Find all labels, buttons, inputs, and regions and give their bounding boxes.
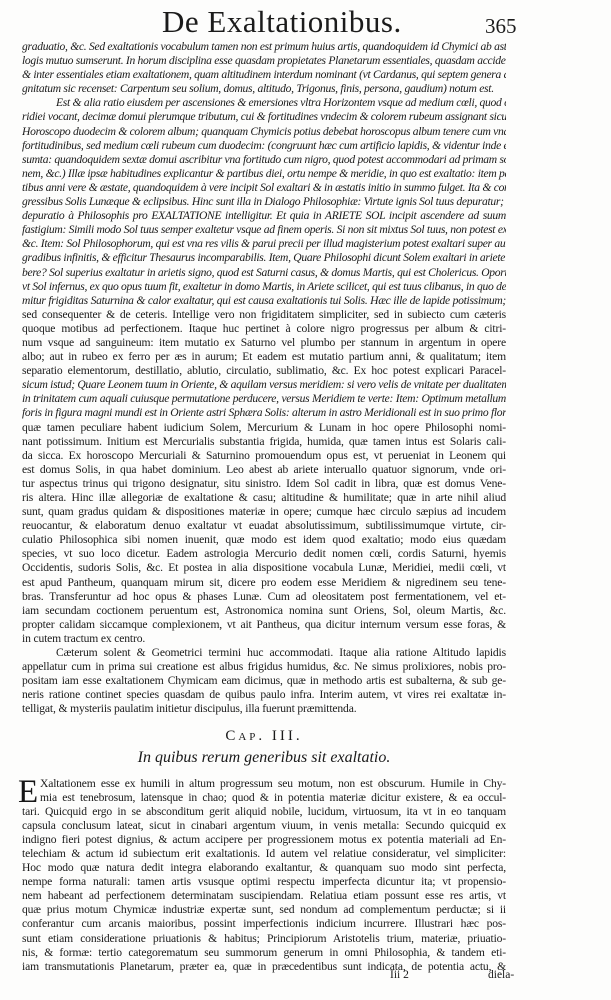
text-line: gnitatum sic recenset: Carpentum seu sol… (22, 82, 506, 96)
chapter-heading: Cap. III. (22, 725, 506, 747)
text-line: tibus anni vere & æstate, quandoquidem à… (22, 181, 506, 195)
running-title: De Exaltationibus. (162, 4, 402, 40)
paragraph-caeterum: Cæterum solent & Geometrici termini huc … (22, 646, 506, 716)
text-line: nem habeant ad perfectionem determinatam… (22, 889, 506, 903)
text-line: est domus Solis, in qua habet dominium. … (22, 463, 506, 477)
text-line: mia est tenebrosum, latensque in chao; q… (22, 791, 506, 805)
text-line: sicum istud; Quare Leonem tuum in Orient… (22, 378, 506, 392)
text-line: tur aspectus trinus qui trigono designat… (22, 477, 506, 491)
chapter-subtitle: In quibus rerum generibus sit exaltatio. (22, 747, 506, 769)
text-line: & inter essentiales etiam exaltationem, … (22, 68, 506, 82)
text-line: fastigium: Simili modo Sol tuus semper e… (22, 223, 506, 237)
text-line: depuratio à Philosophis pro EXALTATIONE … (22, 209, 506, 223)
text-line: mitur frigiditas Saturnina & calor exalt… (22, 294, 506, 308)
text-block: graduatio, &c. Sed exaltationis vocabulu… (22, 40, 506, 974)
text-line: telechiam & actum id subiectum erit exal… (22, 847, 506, 861)
text-line: &c. Item: Sol Philosophorum, qui est vna… (22, 237, 506, 251)
text-line: ridiei vocant, decimæ domui plerumque tr… (22, 110, 506, 124)
text-line: propter calidam siccamque complexionem, … (22, 618, 506, 632)
text-line: neris ratione continet species quasdam d… (22, 688, 506, 702)
text-line: sumta: quandoquidem sextæ domui ascribit… (22, 153, 506, 167)
text-line: reuocantur, & elaboratum denuo exaltatur… (22, 519, 506, 533)
text-line: Occidentis, sudoris Solis, &c. Et postea… (22, 561, 506, 575)
text-line: est apud Pantheum, quanquam mirum sit, d… (22, 576, 506, 590)
text-line: Horoscopo duodecim & colorem album; quan… (22, 125, 506, 139)
text-line: quæ prius motum Chymicæ industriæ expert… (22, 903, 506, 917)
text-line: conferantur cum arcanis maioribus, possi… (22, 917, 506, 931)
text-line: num vsque ad sanguineum: item mutatio ex… (22, 336, 506, 350)
text-line: Xaltationem esse ex humili in altum prog… (22, 777, 506, 791)
text-line: da sicca. Ex horoscopo Mercuriali & Satu… (22, 449, 506, 463)
text-line: capsula conclusum lateat, sicut in cinab… (22, 819, 506, 833)
text-line: nis, & formæ: tertio categorematum seu s… (22, 946, 506, 960)
text-line: fortitudinibus, sed medium cœli rubeum c… (22, 139, 506, 153)
page-footer: Iii 2 diela- (0, 969, 611, 983)
text-line: graduatio, &c. Sed exaltationis vocabulu… (22, 40, 506, 54)
drop-cap: E (18, 777, 38, 807)
text-line: telligat, & mysteriis paulatim initietur… (22, 702, 506, 716)
text-line: indigno fieri potest dignius, & actum ac… (22, 833, 506, 847)
paragraph-continuation: graduatio, &c. Sed exaltationis vocabulu… (22, 40, 506, 96)
text-line: ris altera. Hinc illæ allegoriæ de exalt… (22, 491, 506, 505)
text-line: quoque motibus ad perfectionem. Itaque h… (22, 322, 506, 336)
text-line: Hoc modo quæ natura dedit integra elabor… (22, 861, 506, 875)
text-line: nem, &c.) Illæ ipsæ habitudines explican… (22, 167, 506, 181)
text-line: nant potissimum. Initium est Mercurialis… (22, 435, 506, 449)
text-line: sunt etiam consideratione priuationis & … (22, 932, 506, 946)
text-line: sed consequenter & de ceteris. Intellige… (22, 308, 506, 322)
paragraph-est-alia-ratio: Est & alia ratio eiusdem per ascensiones… (22, 96, 506, 646)
text-line: separatio elementorum, destillatio, ablu… (22, 364, 506, 378)
book-page: De Exaltationibus. 365 graduatio, &c. Se… (0, 0, 611, 1000)
paragraph-exaltationem: E Xaltationem esse ex humili in altum pr… (22, 777, 506, 974)
text-line: quæ tamen peculiare habent iudicium Sole… (22, 421, 506, 435)
signature-mark: Iii 2 (390, 969, 409, 981)
text-line: Est & alia ratio eiusdem per ascensiones… (22, 96, 506, 110)
text-line: species, vt suo loco dicetur. Eadem astr… (22, 547, 506, 561)
text-line: iam secundam coctionem peruentum est, As… (22, 604, 506, 618)
text-line: bere? Sol superius exaltatur in arietis … (22, 266, 506, 280)
running-head: De Exaltationibus. 365 (0, 4, 611, 40)
text-line: gradibus infinitis, & efficitur Thesauru… (22, 251, 506, 265)
text-line: appellatur cum in prima sui creatione es… (22, 660, 506, 674)
text-line: sunt, quam gradus quidam & dispositiones… (22, 505, 506, 519)
text-line: tari. Quicquid ergo in se absconditum ge… (22, 805, 506, 819)
text-line: positam iam esse exaltationem Chymicam e… (22, 674, 506, 688)
catchword: diela- (488, 969, 514, 981)
text-line: foris in figura magni mundi est in Orien… (22, 406, 506, 420)
text-line: bras. Transferuntur ad hoc opus & phases… (22, 590, 506, 604)
text-line: in cutem tractum ex centro. (22, 632, 506, 646)
text-line: Cæterum solent & Geometrici termini huc … (22, 646, 506, 660)
page-number: 365 (485, 14, 517, 39)
text-line: logis mutuo sumserunt. In horum discipli… (22, 54, 506, 68)
text-line: gressibus Solis Lunæque & eclipsibus. Hi… (22, 195, 506, 209)
text-line: vt Sol infernus, ex quo opus tuum fit, e… (22, 280, 506, 294)
text-line: albo; aut in rubeo ex ferro per æs in au… (22, 350, 506, 364)
text-line: in trinitatem cum aquali cuiusque permut… (22, 392, 506, 406)
text-line: culatio Philosophica sibi nomen inuenit,… (22, 533, 506, 547)
text-line: nempe forma naturali: tamen artis vsusqu… (22, 875, 506, 889)
